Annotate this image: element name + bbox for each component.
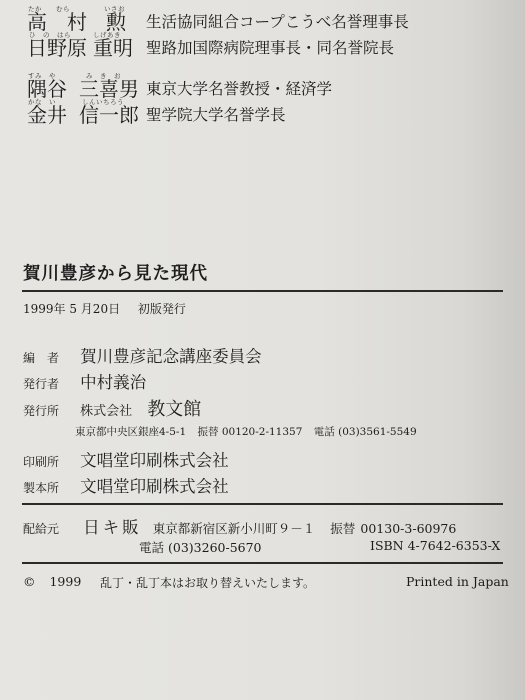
member-role: 聖学院大学名誉学長	[146, 105, 286, 125]
binder-name: 文唱堂印刷株式会社	[80, 477, 229, 496]
member-role: 東京大学名誉教授・経済学	[146, 79, 332, 99]
surname: 金井	[27, 104, 67, 126]
publisher-phone: (03)3561-5549	[338, 426, 417, 438]
isbn: ISBN 4-7642-6353-X	[370, 538, 500, 553]
footer-copyright: © 1999	[23, 574, 81, 589]
publisher-address: 東京都中央区銀座4-5-1	[75, 426, 186, 438]
distribution-address: 東京都新宿区新小川町９－１	[153, 521, 316, 536]
publisher-person-row: 発行者 中村義治	[23, 369, 146, 393]
editor-row: 編 者 賀川豊彦記念講座委員会	[23, 343, 262, 367]
edition-date: 1999年 5 月20日	[23, 302, 120, 316]
publisher-person-label: 発行者	[23, 375, 75, 392]
publisher-transfer: 00120-2-11357	[222, 426, 303, 438]
binder-label: 製本所	[23, 479, 75, 496]
member-role: 生活協同組合コープこうべ名誉理事長	[146, 12, 409, 32]
publisher-transfer-label: 振替	[197, 426, 218, 438]
given-name: 信一郎	[79, 104, 139, 126]
copyright-symbol: ©	[23, 574, 36, 589]
distribution-phone-label: 電話	[139, 540, 164, 555]
distribution-name: 日キ販	[83, 518, 142, 537]
credits-divider	[22, 503, 503, 505]
editor-name: 賀川豊彦記念講座委員会	[80, 347, 262, 366]
printer-name: 文唱堂印刷株式会社	[80, 451, 229, 470]
distribution-transfer-label: 振替	[330, 521, 355, 536]
surname: 日野原	[27, 37, 87, 59]
distribution-divider	[22, 562, 503, 564]
printer-label: 印刷所	[23, 453, 75, 470]
publisher-prefix: 株式会社	[80, 404, 132, 419]
edition-line: 1999年 5 月20日 初版発行	[23, 300, 186, 317]
copyright-year: 1999	[49, 574, 81, 589]
distribution-transfer: 00130-3-60976	[360, 521, 456, 536]
replacement-notice: 乱丁・乱丁本はお取り替えいたします。	[100, 574, 315, 591]
distribution-row: 配給元 日キ販 東京都新宿区新小川町９－１ 振替 00130-3-60976	[23, 514, 456, 538]
colophon-page: たか むら 高 村 いさお 勲 生活協同組合コープこうべ名誉理事長 ひ の はら…	[0, 0, 525, 700]
book-title: 賀川豊彦から見た現代	[23, 260, 208, 285]
publisher-row: 発行所 株式会社 教文館	[23, 395, 201, 421]
binder-row: 製本所 文唱堂印刷株式会社	[23, 473, 229, 497]
publisher-person-name: 中村義治	[80, 373, 146, 392]
publisher-label: 発行所	[23, 402, 75, 419]
title-divider	[22, 290, 503, 292]
printed-in-japan: Printed in Japan	[406, 574, 509, 589]
distribution-phone-row: 電話 (03)3260-5670	[139, 538, 262, 556]
member-role: 聖路加国際病院理事長・同名誉院長	[146, 38, 394, 58]
editor-label: 編 者	[23, 349, 75, 366]
publisher-phone-label: 電話	[314, 426, 335, 438]
given-name: 重明	[93, 37, 133, 59]
publisher-address-row: 東京都中央区銀座4-5-1 振替 00120-2-11357 電話 (03)35…	[75, 424, 417, 439]
distribution-label: 配給元	[23, 520, 78, 537]
publisher-name: 教文館	[147, 399, 201, 420]
edition-label: 初版発行	[138, 302, 186, 316]
distribution-phone: (03)3260-5670	[168, 540, 262, 555]
printer-row: 印刷所 文唱堂印刷株式会社	[23, 447, 229, 471]
